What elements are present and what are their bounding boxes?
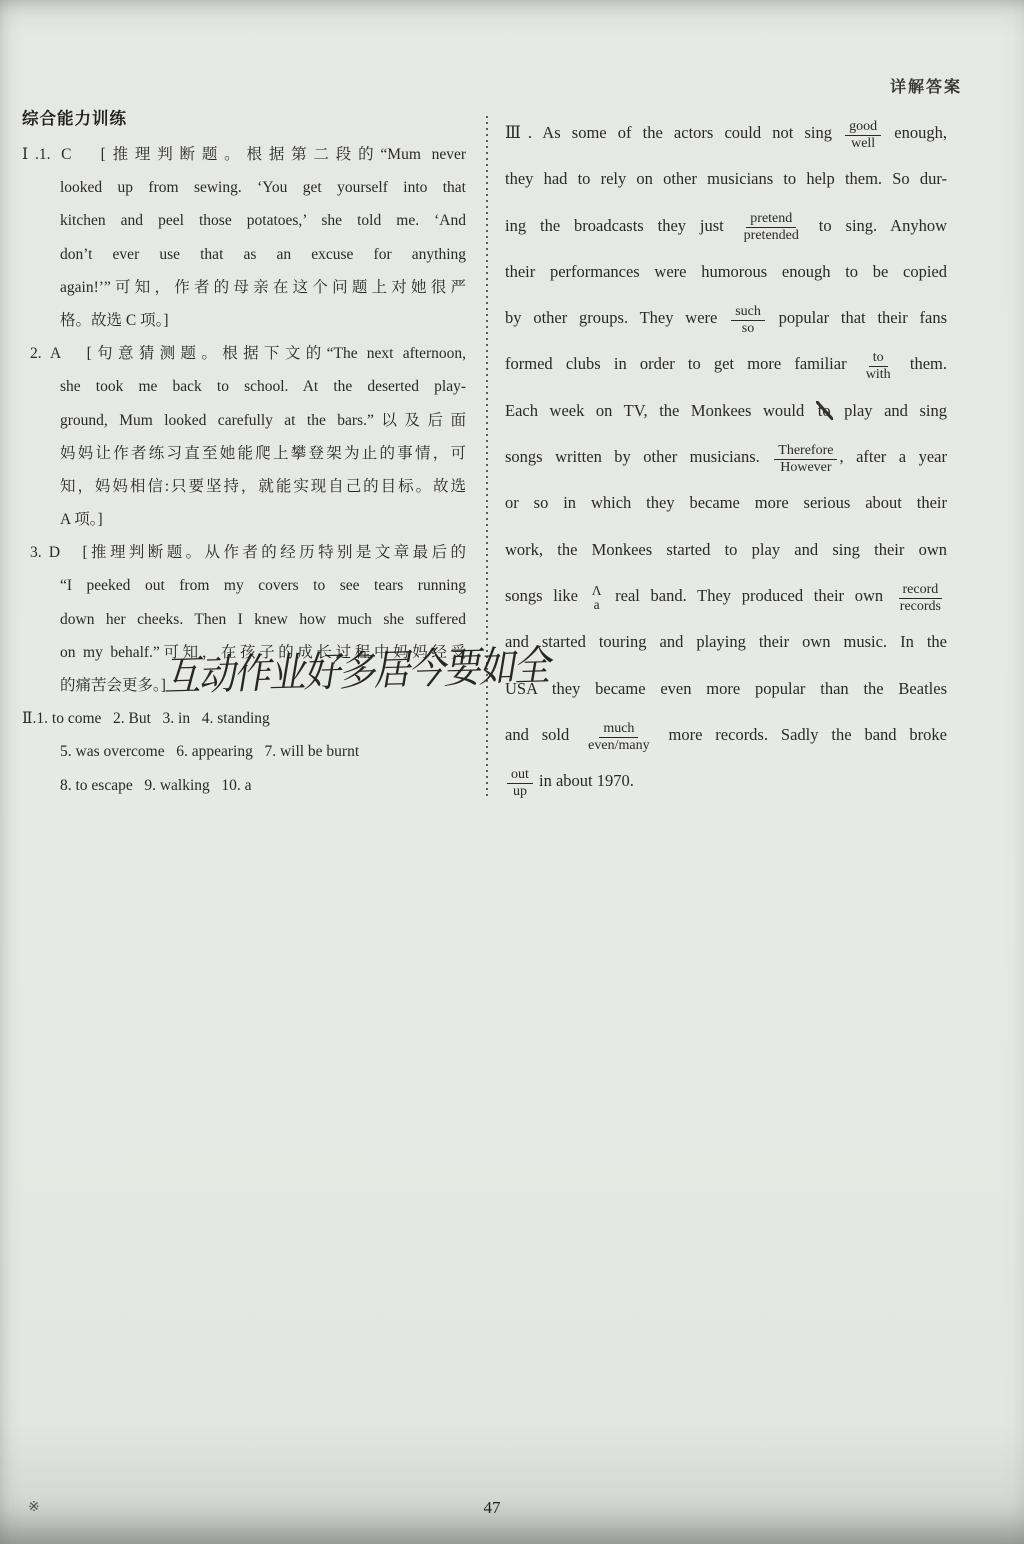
deleted-word: to (816, 401, 833, 420)
right-text-line: songs like Λa real band. They produced t… (505, 573, 947, 619)
right-text-line: outup in about 1970. (505, 758, 947, 804)
left-text-line: 5. was overcome 6. appearing 7. will be … (22, 735, 466, 768)
right-text-line: their performances were humorous enough … (505, 249, 947, 295)
corrected-word: However (776, 460, 835, 476)
corrected-word: records (896, 599, 945, 615)
right-text-line: work, the Monkees started to play and si… (505, 527, 947, 573)
correction-fraction: suchso (729, 304, 767, 337)
right-text-line: they had to rely on other musicians to h… (505, 156, 947, 202)
correction-fraction: mucheven/many (582, 721, 655, 754)
left-text-line: Ⅰ.1. C [推理判断题。根据第二段的“Mum never (22, 138, 466, 171)
original-word: pretend (746, 211, 796, 228)
left-text-line: don’t ever use that as an excuse for any… (22, 238, 466, 271)
correction-fraction: ThereforeHowever (772, 443, 839, 476)
right-text-line: by other groups. They were suchso popula… (505, 295, 947, 341)
handwritten-annotation: 互动作业好多居今要如全 (160, 631, 557, 714)
right-text-line: Ⅲ. As some of the actors could not sing … (505, 110, 947, 156)
left-text-line: 3. D [推理判断题。从作者的经历特别是文章最后的 (22, 536, 466, 569)
original-word: much (599, 721, 638, 738)
original-word: to (869, 350, 888, 367)
insertion-caret: Λa (589, 584, 605, 612)
left-text-line: she took me back to school. At the deser… (22, 370, 466, 403)
correction-fraction: outup (505, 767, 535, 800)
scanned-answer-page: 详解答案 综合能力训练 Ⅰ.1. C [推理判断题。根据第二段的“Mum nev… (0, 0, 1024, 1544)
right-column: Ⅲ. As some of the actors could not sing … (505, 110, 947, 804)
section-title: 综合能力训练 (22, 104, 466, 138)
left-text-line: ground, Mum looked carefully at the bars… (22, 404, 466, 437)
original-word: record (899, 582, 943, 599)
original-word: good (845, 119, 881, 136)
original-word: such (731, 304, 765, 321)
corrected-word: so (738, 321, 758, 337)
left-text-line: 2. A [句意猜测题。根据下文的“The next afternoon, (22, 337, 466, 370)
corrected-word: up (509, 784, 531, 800)
left-text-line: 妈妈让作者练习直至她能爬上攀登架为止的事情，可 (22, 437, 466, 470)
left-text-line: looked up from sewing. ‘You get yourself… (22, 171, 466, 204)
left-text-line: down her cheeks. Then I knew how much sh… (22, 603, 466, 636)
right-text-line: or so in which they became more serious … (505, 480, 947, 526)
corrected-word: even/many (584, 738, 653, 754)
page-header-label: 详解答案 (890, 74, 962, 97)
corrected-word: with (862, 367, 895, 383)
correction-fraction: goodwell (843, 119, 883, 152)
original-word: out (507, 767, 533, 784)
left-text-line: kitchen and peel those potatoes,’ she to… (22, 204, 466, 237)
page-number: 47 (0, 1498, 984, 1518)
left-text-line: A 项。] (22, 503, 466, 536)
right-text-line: songs written by other musicians. Theref… (505, 434, 947, 480)
right-text-line: and started touring and playing their ow… (505, 619, 947, 665)
right-text-line: ing the broadcasts they just pretendpret… (505, 203, 947, 249)
right-column-text: Ⅲ. As some of the actors could not sing … (505, 110, 947, 804)
left-text-line: 知，妈妈相信:只要坚持，就能实现自己的目标。故选 (22, 470, 466, 503)
right-text-line: Each week on TV, the Monkees would to pl… (505, 388, 947, 434)
correction-fraction: pretendpretended (738, 211, 805, 244)
corrected-word: pretended (740, 228, 803, 244)
right-text-line: formed clubs in order to get more famili… (505, 341, 947, 387)
caret-mark-icon: Λ (592, 584, 602, 598)
inserted-word: a (594, 598, 600, 612)
left-text-line: again!’”可知，作者的母亲在这个问题上对她很严 (22, 271, 466, 304)
correction-fraction: recordrecords (894, 582, 947, 615)
original-word: Therefore (774, 443, 837, 460)
left-text-line: “I peeked out from my covers to see tear… (22, 569, 466, 602)
correction-fraction: towith (860, 350, 897, 383)
left-text-line: 8. to escape 9. walking 10. a (22, 769, 466, 802)
corrected-word: well (847, 136, 879, 152)
left-text-line: 格。故选 C 项。] (22, 304, 466, 337)
right-text-line: and sold mucheven/many more records. Sad… (505, 712, 947, 758)
right-text-line: USA they became even more popular than t… (505, 666, 947, 712)
